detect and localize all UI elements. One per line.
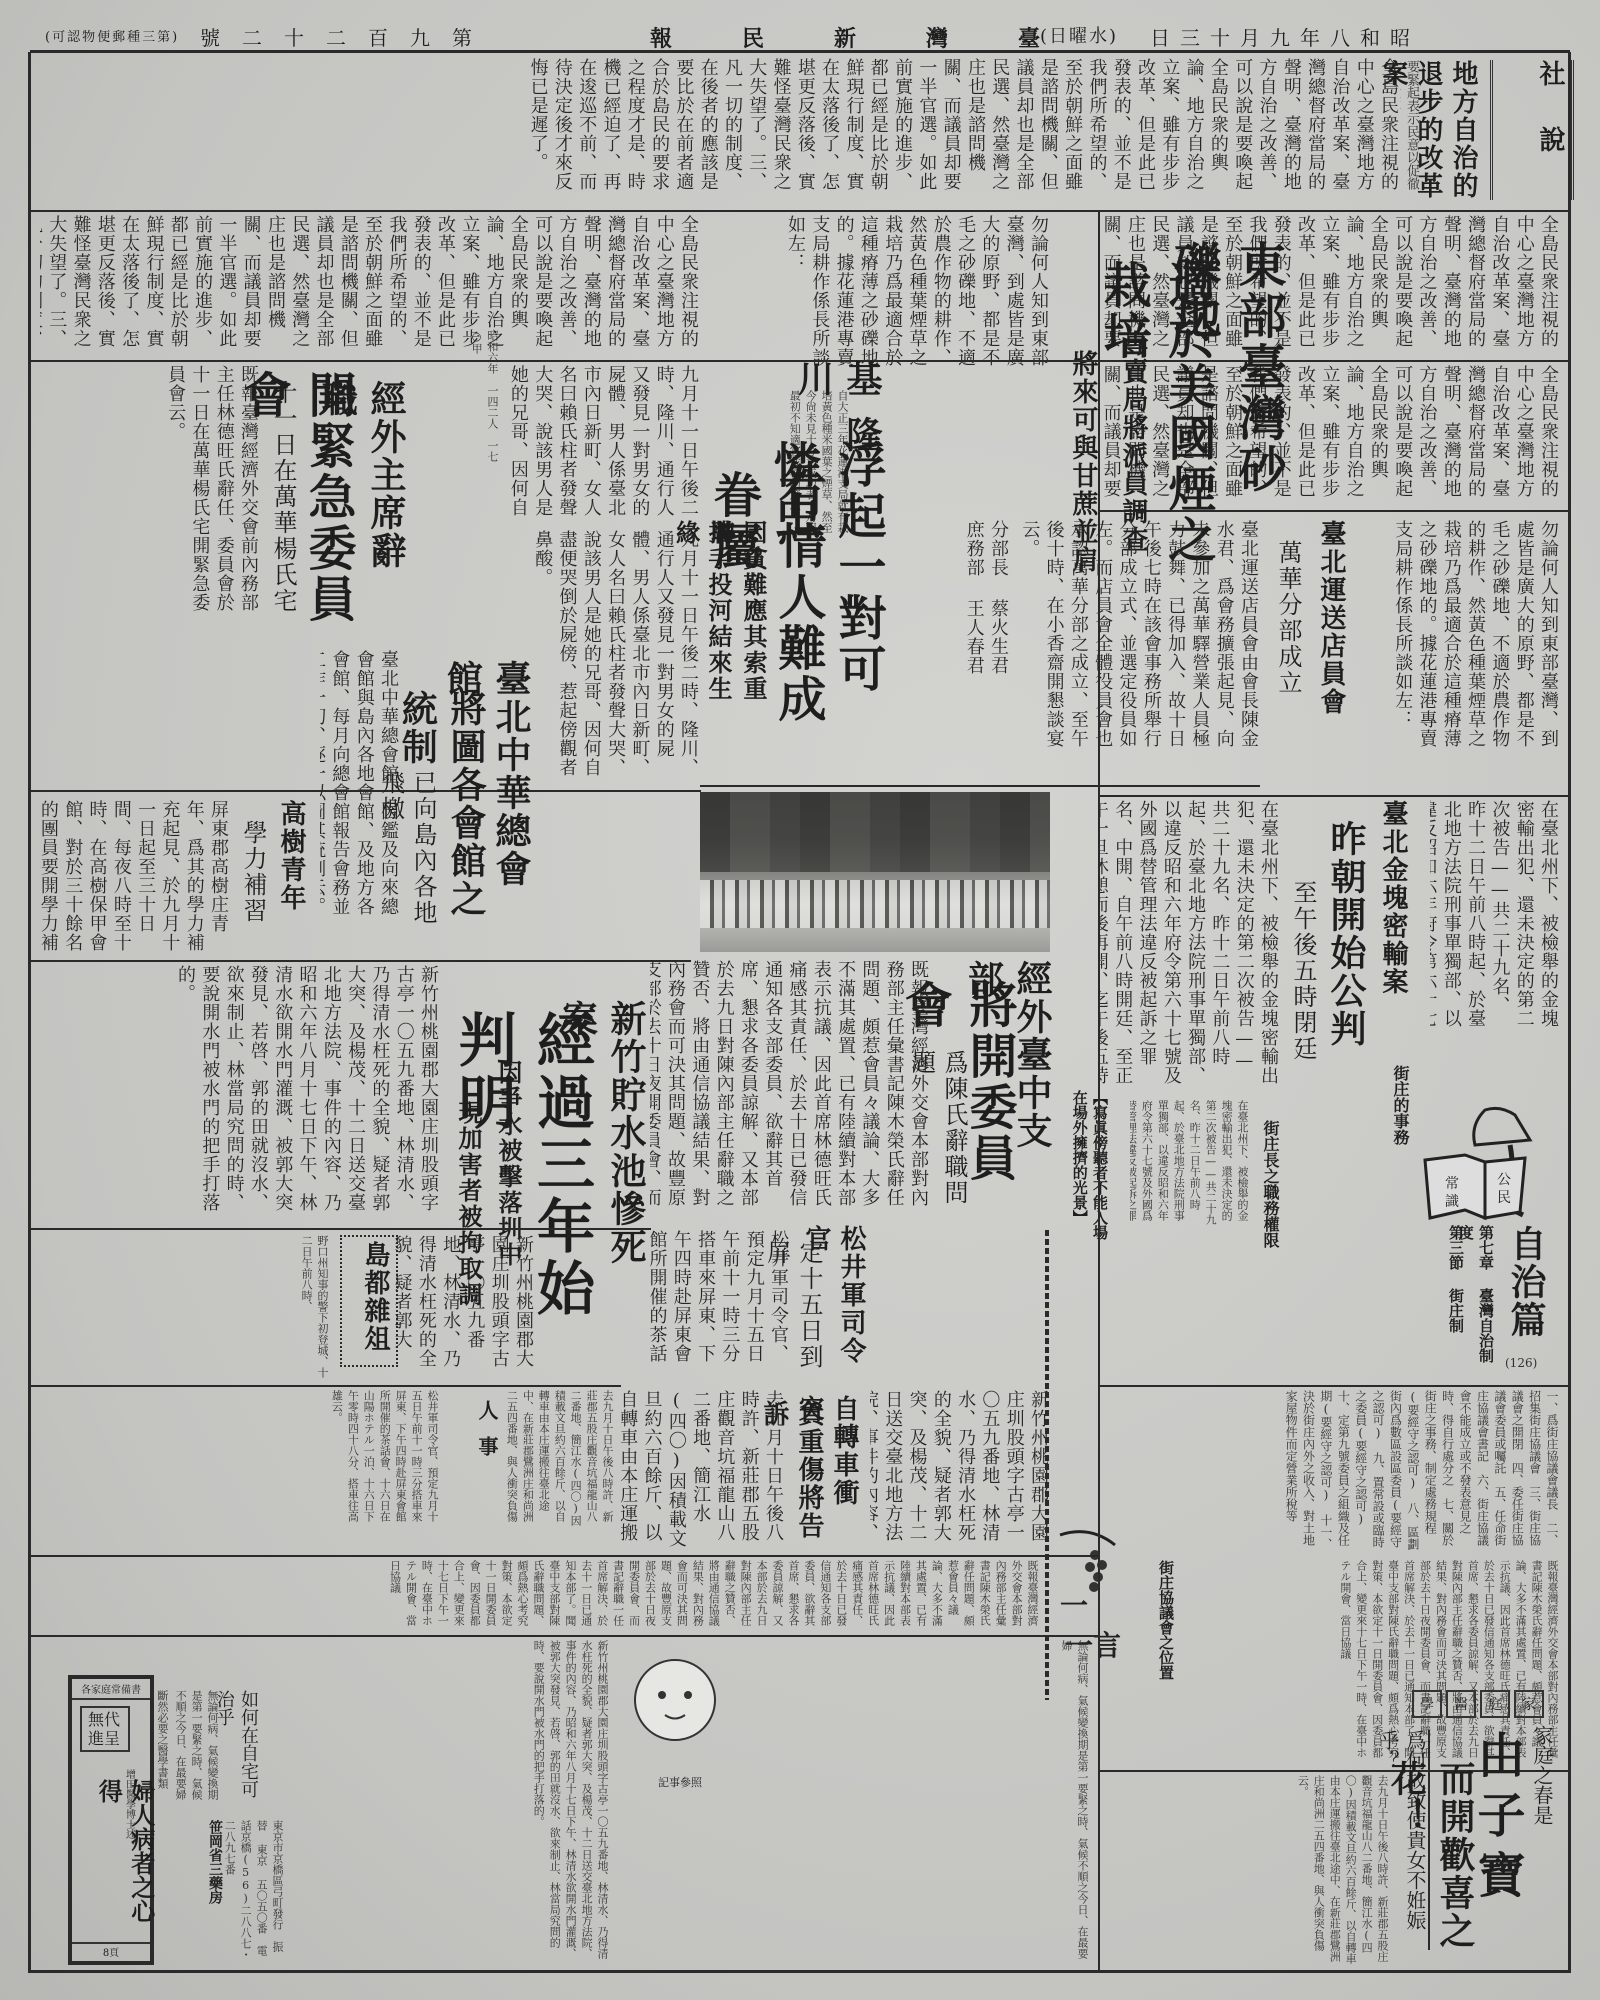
bicycle-body: 去九月十日午後八時許、新莊郡五股庄觀音坑福龍山八二番地、簡江水(四〇)因積載文旦… bbox=[620, 1390, 785, 1550]
matsui-body: 松井軍司令官、預定九月十五日午前十一時三分搭車來屏東、下午四時赴屏東會館所開催的… bbox=[650, 1230, 790, 1380]
newspaper-page: (可認物便郵種三第) 號二十二百九第 報民新灣臺 (日曜水) 日三十月九年八和昭… bbox=[0, 0, 1600, 2000]
hsinchu-body-cont: 新竹州桃園郡大園庄圳股頭字古亭一〇五九番地、林清水、乃得清水枉死的全貌、疑者郭大… bbox=[395, 1235, 535, 1385]
chinese-assoc-body: 臺北中華總會館、因鑑及向來總會館與島內各地會館、及地方各會館、每月向總會館報告會… bbox=[320, 650, 400, 930]
lower-ads-text: 無論何病、氣候變換期是第一要緊之時、氣候不順之今日、在最要婦 bbox=[750, 1640, 1090, 1960]
right-border bbox=[1568, 52, 1571, 1972]
ad-line: 斷然必要之醫學書類 bbox=[150, 1690, 170, 1860]
youth-subtitle: 學力補習 bbox=[235, 820, 269, 940]
photo-crowd bbox=[700, 880, 1050, 928]
ad-side-body: 無論何病、氣候變換期是第一要緊之時、氣候不順之今日、在最要婦 bbox=[170, 1690, 220, 1810]
hsinchu-body: 新竹州桃園郡大園庄圳股頭字古亭一〇五九番地、林清水、乃得清水枉死的全貌、疑者郭大… bbox=[40, 965, 440, 1215]
family-body: 去九月十日午後八時許、新莊郡五股庄觀音坑福龍山八二番地、簡江水(四〇)因積載文旦… bbox=[1100, 1775, 1390, 1965]
matsui-subtitle: 定十五日到屏 bbox=[795, 1240, 825, 1390]
band-rule-6 bbox=[700, 785, 1260, 787]
family-medicine-tags: 學醫庭家 bbox=[1410, 1688, 1560, 1718]
keelung-subtitle: 因貧難應其索重聘 bbox=[735, 520, 769, 720]
editorial-label: 社說 bbox=[1490, 60, 1574, 200]
chinese-assoc-subtitle2: 已向島內各地飛檄 bbox=[405, 770, 439, 930]
youth-title: 高樹青年 bbox=[270, 800, 308, 960]
bicycle-subtitle: 負重傷將告訴 bbox=[790, 1400, 826, 1550]
dotted-divider bbox=[1045, 1230, 1049, 1700]
svg-text:識: 識 bbox=[1445, 1194, 1459, 1210]
band-rule-7 bbox=[1100, 795, 1568, 797]
civics-topic: 街庄的事務 bbox=[1385, 1065, 1411, 1185]
courtroom-photo bbox=[700, 792, 1050, 952]
economic-subtitle2: 十一日在萬華楊氏宅 bbox=[265, 380, 299, 640]
photo-caption: 【寫眞傍聽者不能入場在場外擁擠的光景】 bbox=[1060, 1090, 1110, 1240]
weekday: (日曜水) bbox=[1040, 22, 1118, 48]
island-column-body: 野口州知事的警下初登城、十二日午前八時、 bbox=[40, 1235, 330, 1385]
keelung-body: 九月十一日午後二時、隆川、通行人又發見一對男女的屍體、男人係臺北市內日新町、女人… bbox=[520, 530, 700, 790]
youth-body: 屏東郡高樹庄青年、爲其的學力補充起見、於九月十一日起至三十日間、每夜八時至十時、… bbox=[40, 800, 230, 960]
upper-left-body: 全島民衆注視的中心之臺灣地方自治改革案、臺灣總督府當局的聲明、臺灣的地方自治之改… bbox=[40, 215, 700, 355]
band-rule-11 bbox=[31, 1385, 621, 1387]
shop-union-subtitle: 萬華分部成立 bbox=[1270, 540, 1304, 740]
island-column-title: 島都雜俎 bbox=[340, 1235, 398, 1367]
band-rule-12 bbox=[31, 1555, 1100, 1557]
taichung-body: 既報臺灣經濟外交會本部對內務部主任彙書記陳木榮氏辭任問題、頗惹會員々議論、大多不… bbox=[650, 960, 930, 1220]
ad-shop-name: 笹岡省三藥房 bbox=[200, 1820, 224, 1960]
family-headline: 由子寶 bbox=[1475, 1730, 1529, 1920]
tobacco-body-cont: 勿論何人知到東部臺灣、到處皆是廣大的原野、都是不毛之砂礫地、不適於農作物的耕作、… bbox=[1380, 520, 1560, 750]
economic-subtitle: 開緊急委員會 bbox=[300, 370, 360, 650]
issue-number: 號二十二百九第 bbox=[200, 22, 494, 51]
matsui-body-cont: 新竹州桃園郡大園庄圳股頭字古亭一〇五九番地、林清水、乃得清水枉死的全貌、疑者郭大… bbox=[870, 1390, 1050, 1550]
bicycle-title: 自轉車衝突 bbox=[825, 1395, 861, 1515]
gold-body: 在臺北州下、被檢舉的金塊密輸出犯、還未決定的第二次被告——共二十九名、昨十二日午… bbox=[1100, 800, 1280, 1090]
keelung-title: 浮起一對可憐虫 bbox=[830, 440, 890, 730]
lamp-book-illustration: 常 識 公 民 bbox=[1415, 1100, 1545, 1240]
ad-author: 增田醫學博士述 bbox=[122, 1769, 136, 1869]
civics-chapter: 第七章 臺灣自治制度 bbox=[1470, 1225, 1496, 1375]
misc-body: 九月十一日午後二時、隆川、通行人又發見一對男女的屍體、男人係臺北市內日新町、女人… bbox=[510, 365, 700, 520]
tobacco-title: 東部臺灣砂礫地 bbox=[1220, 240, 1290, 540]
bottom-border bbox=[28, 1970, 1571, 1973]
civics-series: 自治篇 bbox=[1500, 1225, 1550, 1355]
civics-intro: 在臺北州下、被檢舉的金塊密輸出犯、還未決定的第二次被告——共二十九名、昨十二日午… bbox=[1130, 1100, 1250, 1230]
family-question: 爲何故致使貴女不姙娠乎？ bbox=[1400, 1730, 1428, 1950]
svg-text:民: 民 bbox=[1497, 1190, 1511, 1206]
gold-side-body: 在臺北州下、被檢舉的金塊密輸出犯、還未決定的第二次被告——共二十九名、昨十二日午… bbox=[1430, 800, 1560, 1030]
personnel-title: 人事 bbox=[460, 1400, 500, 1520]
taichung-subtitle: 爲陳氏辭職問題 bbox=[940, 1050, 970, 1230]
civics-section: 第三節 街庄制 bbox=[1440, 1225, 1466, 1375]
free-badge: 無代進呈 bbox=[80, 1706, 130, 1752]
womens-book-ad: 各家庭常備書 無代進呈 婦人病者之心得 增田醫學博士述 8頁 bbox=[68, 1675, 154, 1965]
gold-title2: 昨朝開始公判 bbox=[1320, 820, 1370, 1060]
keelung-title2: 有情人難成眷屬 bbox=[770, 470, 830, 730]
civics-series-number: (126) bbox=[1505, 1355, 1545, 1385]
left-border bbox=[28, 52, 31, 1972]
band-rule-10 bbox=[1100, 1385, 1568, 1387]
economic-body: 既報臺灣經濟外交會前內務部主任林德旺氏辭任、委員會於十一日在萬華楊氏宅開緊急委員… bbox=[40, 365, 260, 615]
date: 日三十月九年八和昭 bbox=[1150, 22, 1420, 51]
hsinchu-title2: 經過三年始判明 bbox=[530, 1010, 600, 1320]
badge-left-text: 常 bbox=[1445, 1175, 1459, 1192]
photo-trees bbox=[700, 792, 1050, 872]
chinese-assoc-subtitle: 將圖各會館之統制 bbox=[440, 690, 490, 920]
masthead: (可認物便郵種三第) 號二十二百九第 報民新灣臺 (日曜水) 日三十月九年八和昭 bbox=[40, 22, 1580, 48]
gold-subtitle: 至午後五時閉廷 bbox=[1285, 880, 1319, 1080]
masthead-rule bbox=[30, 50, 1570, 53]
svg-text:公: 公 bbox=[1497, 1172, 1511, 1188]
band-rule-8 bbox=[31, 960, 691, 962]
postal-note: (可認物便郵種三第) bbox=[45, 26, 179, 45]
ad-pages: 8頁 bbox=[72, 1942, 150, 1959]
family-headline2: 而開歡喜之花！ bbox=[1435, 1760, 1479, 1950]
civics-topic3: 街庄協議會之位置 bbox=[1150, 1560, 1176, 1690]
ad-top: 各家庭常備書 bbox=[72, 1679, 150, 1700]
civics-list: 一、爲街庄協議會議長 二、招集街庄協議會 三、街庄協議會之開閉 四、委任街庄協議… bbox=[1100, 1390, 1560, 1550]
keelung-subtitle2: 攜手投河結來生緣 bbox=[700, 520, 734, 720]
shop-union-body: 臺北運送店員會由會長陳金水君、爲會務擴張起見、向未參加之萬華驛營業人員極力鼓舞、… bbox=[1010, 520, 1260, 750]
taichung-title2: 將開委員會 bbox=[965, 980, 1021, 1190]
shop-union-officers: 分部長 蔡火生君 庶務部 王人春君 bbox=[960, 520, 1010, 700]
civics-topic2: 街庄長之職務權限 bbox=[1255, 1120, 1281, 1280]
lower-band-body: 既報臺灣經濟外交會本部對內務部主任彙書記陳木榮氏辭任問題、頗惹會員々議論、大多不… bbox=[40, 1560, 1040, 1630]
personnel-body: 松井軍司令官、預定九月十五日午前十一時三分搭車來屏東、下午四時赴屏東會館所開催的… bbox=[40, 1390, 440, 1530]
hsinchu-title: 新竹貯水池慘死案 bbox=[600, 1000, 650, 1300]
ad-shop: 東京市京橋區弓町發行 振替 東京 五〇五〇番 電話京橋(56)二八八七・二八九七… bbox=[225, 1820, 285, 1960]
editorial-title: 地方自治的退步的改革案 bbox=[1420, 60, 1480, 200]
economic-title: 經外主席辭職 bbox=[360, 380, 410, 600]
band-rule-1 bbox=[31, 210, 1568, 212]
shop-union-title: 臺北運送店員會 bbox=[1310, 520, 1348, 750]
editorial-subtitle: 要緊起表示民意以促徹底的改革 bbox=[1400, 60, 1420, 200]
band-rule-13 bbox=[31, 1635, 1100, 1637]
chinese-assoc-title: 臺北中華總會館 bbox=[485, 660, 535, 900]
matsui-title: 松井軍司令官 bbox=[830, 1225, 868, 1385]
baby-caption: 記事參照 bbox=[620, 1774, 740, 1790]
ad-side-title: 如何在自宅可治乎 bbox=[230, 1690, 260, 1810]
family-divider bbox=[1428, 1730, 1430, 1950]
personnel-body2: 去九月十日午後八時許、新莊郡五股庄觀音坑福龍山八二番地、簡江水(四〇)因積載文旦… bbox=[505, 1390, 615, 1530]
baby-ad: 記事參照 bbox=[620, 1640, 740, 1790]
band-rule-9 bbox=[31, 1228, 651, 1230]
family-lead: 家庭之春是 bbox=[1525, 1725, 1555, 1825]
editorial-body: 全島民衆注視的中心之臺灣地方自治改革案、臺灣總督府當局的聲明、臺灣的地方自治之改… bbox=[40, 58, 1400, 208]
gold-title: 臺北金塊密輸案 bbox=[1370, 800, 1410, 1030]
lower-left-text: 新竹州桃園郡大園庄圳股頭字古亭一〇五九番地、林清水、乃得清水枉死的全貌、疑者郭大… bbox=[290, 1640, 610, 1960]
svg-text:一: 一 bbox=[1060, 1589, 1088, 1622]
band-rule-4 bbox=[31, 360, 1100, 362]
col-divider-right bbox=[1098, 212, 1100, 1970]
